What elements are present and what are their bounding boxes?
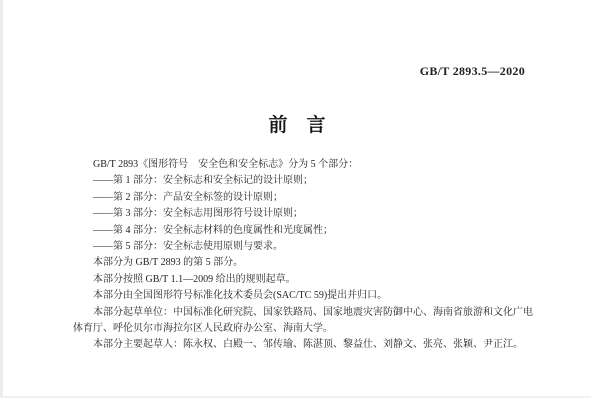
parts-list-item-1: ——第 1 部分：安全标志和安全标记的设计原则； bbox=[73, 173, 539, 189]
committee-paragraph: 本部分由全国图形符号标准化技术委员会(SAC/TC 59)提出并归口。 bbox=[73, 288, 539, 304]
foreword-intro-paragraph: GB/T 2893《图形符号 安全色和安全标志》分为 5 个部分： bbox=[73, 157, 539, 173]
parts-list-item-5: ——第 5 部分：安全标志使用原则与要求。 bbox=[73, 239, 539, 255]
foreword-page: GB/T 2893.5—2020 前 言 GB/T 2893《图形符号 安全色和… bbox=[0, 0, 591, 398]
page-title: 前 言 bbox=[3, 110, 591, 137]
drafting-rules-paragraph: 本部分按照 GB/T 1.1—2009 给出的规则起草。 bbox=[73, 272, 539, 288]
parts-list-item-2: ——第 2 部分：产品安全标签的设计原则； bbox=[73, 190, 539, 206]
drafting-organizations-paragraph: 本部分起草单位：中国标准化研究院、国家铁路局、国家地震灾害防御中心、海南省旅游和… bbox=[73, 305, 539, 338]
parts-list-item-3: ——第 3 部分：安全标志用图形符号设计原则； bbox=[73, 206, 539, 222]
foreword-body: GB/T 2893《图形符号 安全色和安全标志》分为 5 个部分： ——第 1 … bbox=[73, 157, 539, 354]
main-drafters-paragraph: 本部分主要起草人：陈永权、白殿一、邹传瑜、陈湛顶、黎益仕、刘静文、张亮、张颖、尹… bbox=[73, 337, 539, 353]
parts-list-item-4: ——第 4 部分：安全标志材料的色度属性和光度属性； bbox=[73, 223, 539, 239]
part-statement-paragraph: 本部分为 GB/T 2893 的第 5 部分。 bbox=[73, 255, 539, 271]
standard-number: GB/T 2893.5—2020 bbox=[420, 64, 525, 79]
